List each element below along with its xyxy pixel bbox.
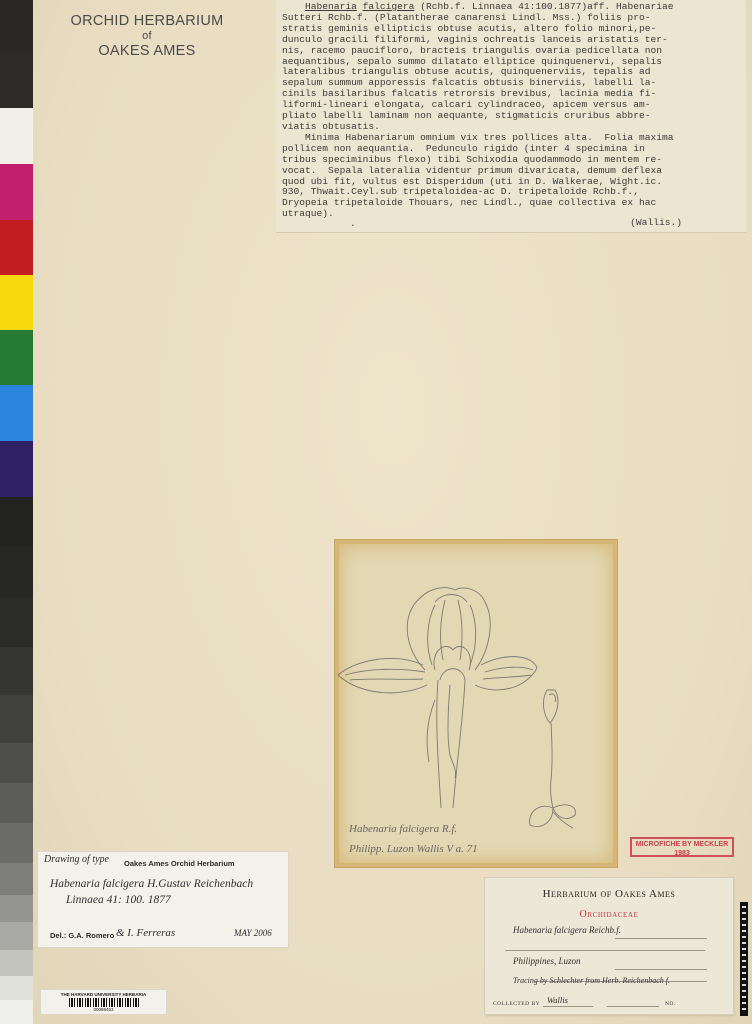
scale-tick: [742, 996, 746, 998]
drawing-label-delineator: Del.: G.A. Romero: [50, 931, 114, 940]
label-rule: [615, 969, 707, 970]
drawing-of-type-label: Drawing of type Oakes Ames Orchid Herbar…: [38, 852, 288, 947]
herbarium-label-locality: Philippines, Luzon: [513, 956, 581, 966]
stamp-line-1: ORCHID HERBARIUM: [62, 12, 232, 30]
swatch-gray-11: [0, 922, 33, 950]
swatch-gray-4: [0, 647, 33, 695]
swatch-red: [0, 220, 33, 275]
swatch-gray-1: [0, 497, 33, 547]
scale-tick: [742, 924, 746, 926]
scale-tick: [742, 960, 746, 962]
label-rule: [543, 1006, 593, 1007]
scale-tick: [742, 936, 746, 938]
scale-tick: [742, 978, 746, 980]
swatch-blue: [0, 385, 33, 441]
swatch-yellow: [0, 275, 33, 330]
drawing-label-date: MAY 2006: [234, 928, 272, 938]
number-label: NO.: [665, 1001, 676, 1007]
label-rule: [615, 938, 707, 939]
orchid-sketch-icon: [335, 540, 617, 867]
drawing-label-delineator-2: & I. Ferreras: [116, 927, 175, 939]
barcode-icon: [69, 998, 139, 1007]
scale-tick: [742, 942, 746, 944]
typed-description-label: Habenaria falcigera (Rchb.f. Linnaea 41:…: [276, 0, 746, 232]
swatch-violet: [0, 441, 33, 497]
scale-tick: [742, 912, 746, 914]
herbarium-label: Herbarium of Oakes Ames Orchidaceae Habe…: [485, 878, 733, 1014]
description-species: falcigera: [363, 1, 415, 12]
microfiche-stamp-line-2: 1983: [632, 849, 732, 858]
herbarium-label-family: Orchidaceae: [485, 909, 733, 920]
swatch-gray-8: [0, 823, 33, 863]
herbarium-label-taxon: Habenaria falcigera Reichb.f.: [513, 925, 621, 935]
swatch-magenta: [0, 164, 33, 220]
stamp-line-3: OAKES AMES: [62, 42, 232, 60]
drawing-caption-2: Philipp. Luzon Wallis V a. 71: [349, 843, 478, 855]
label-rule: [505, 950, 705, 951]
swatch-gray-6: [0, 743, 33, 783]
orchid-herbarium-stamp: ORCHID HERBARIUM of OAKES AMES: [62, 12, 232, 60]
scale-tick: [742, 1008, 746, 1010]
swatch-black-2: [0, 52, 33, 108]
swatch-gray-13: [0, 976, 33, 1000]
swatch-gray-3: [0, 597, 33, 647]
drawing-label-taxon: Habenaria falcigera H.Gustav Reichenbach: [50, 878, 253, 890]
swatch-gray-7: [0, 783, 33, 823]
scale-tick: [742, 966, 746, 968]
drawing-label-institution: Oakes Ames Orchid Herbarium: [124, 859, 235, 868]
stamp-line-2: of: [62, 30, 232, 42]
orchid-type-drawing: Habenaria falcigera R.f. Philipp. Luzon …: [334, 539, 618, 868]
scale-tick: [742, 984, 746, 986]
swatch-green: [0, 330, 33, 385]
drawing-label-publication: Linnaea 41: 100. 1877: [66, 894, 171, 906]
swatch-gray-12: [0, 950, 33, 976]
drawing-label-handwritten-title: Drawing of type: [44, 854, 109, 865]
microfiche-stamp: MICROFICHE BY MECKLER 1983: [630, 837, 734, 857]
description-paragraph-1: Habenaria falcigera (Rchb.f. Linnaea 41:…: [282, 2, 742, 133]
description-signature: (Wallis.): [630, 218, 682, 229]
swatch-gray-2: [0, 547, 33, 597]
swatch-gray-9: [0, 863, 33, 895]
description-genus: Habenaria: [305, 1, 357, 12]
swatch-gray-5: [0, 695, 33, 743]
swatch-black: [0, 0, 33, 52]
drawing-caption-1: Habenaria falcigera R.f.: [349, 823, 457, 835]
scale-bar: [740, 902, 748, 1016]
swatch-gray-10: [0, 895, 33, 922]
collected-by-label: COLLECTED BY: [493, 1001, 540, 1007]
barcode-label: THE HARVARD UNIVERSITY HERBARIA 00098453: [41, 990, 166, 1014]
barcode-institution: THE HARVARD UNIVERSITY HERBARIA: [41, 992, 166, 997]
scale-tick: [742, 918, 746, 920]
description-paragraph-2: Minima Habenariarum omnium vix tres poll…: [282, 133, 742, 220]
description-dot: .: [350, 219, 356, 230]
swatch-white-2: [0, 1000, 33, 1024]
herbarium-label-title: Herbarium of Oakes Ames: [485, 888, 733, 900]
label-rule: [607, 1006, 659, 1007]
scale-tick: [742, 906, 746, 908]
swatch-white: [0, 108, 33, 164]
scale-tick: [742, 954, 746, 956]
herbarium-label-note: Tracing by Schlechter from Herb. Reichen…: [513, 976, 670, 985]
scale-tick: [742, 972, 746, 974]
scale-tick: [742, 930, 746, 932]
scale-tick: [742, 1002, 746, 1004]
scale-tick: [742, 990, 746, 992]
barcode-number: 00098453: [41, 1007, 166, 1012]
scale-tick: [742, 948, 746, 950]
description-para1-text: (Rchb.f. Linnaea 41:100.1877)aff. Habena…: [282, 1, 674, 132]
herbarium-label-collector: Wallis: [547, 995, 568, 1005]
microfiche-stamp-line-1: MICROFICHE BY MECKLER: [632, 840, 732, 849]
color-calibration-bar: [0, 0, 33, 1024]
